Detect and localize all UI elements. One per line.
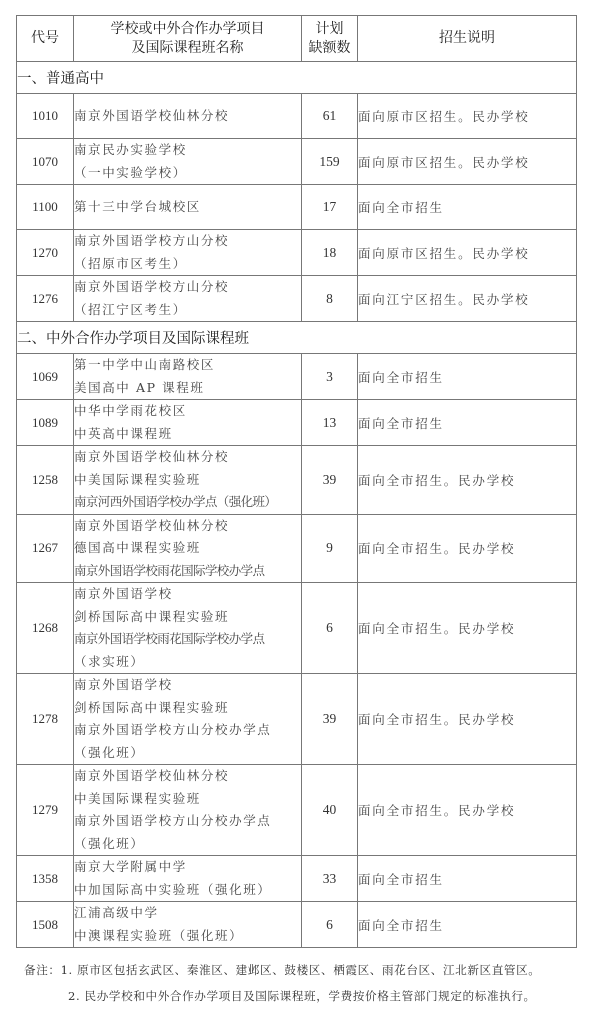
school-code: 1278 [17, 674, 74, 765]
school-name-line: 南京大学附属中学 [74, 856, 301, 879]
vacancy-count: 18 [302, 230, 358, 276]
vacancy-count: 17 [302, 185, 358, 230]
school-name: 南京外国语学校仙林分校 中美国际课程实验班 南京外国语学校方山分校办学点 （强化… [74, 765, 302, 856]
enrollment-note: 面向江宁区招生。民办学校 [358, 276, 577, 322]
table-row: 1070 南京民办实验学校 （一中实验学校） 159 面向原市区招生。民办学校 [17, 139, 577, 185]
enrollment-note: 面向全市招生。民办学校 [358, 674, 577, 765]
enrollment-note: 面向全市招生 [358, 856, 577, 902]
vacancy-count: 13 [302, 400, 358, 446]
school-name-line: 南京外国语学校雨花国际学校办学点 [74, 560, 301, 583]
school-name-line: 第一中学中山南路校区 [74, 354, 301, 377]
vacancy-count: 40 [302, 765, 358, 856]
school-name-line: （招原市区考生） [74, 253, 301, 276]
footnote-1: 备注：1. 原市区包括玄武区、秦淮区、建邺区、鼓楼区、栖霞区、雨花台区、江北新区… [24, 960, 594, 986]
header-school-name-line2: 及国际课程班名称 [74, 39, 301, 58]
enrollment-note: 面向原市区招生。民办学校 [358, 230, 577, 276]
table-row: 1268 南京外国语学校 剑桥国际高中课程实验班 南京外国语学校雨花国际学校办学… [17, 583, 577, 674]
enrollment-note: 面向全市招生 [358, 902, 577, 948]
table-row: 1270 南京外国语学校方山分校 （招原市区考生） 18 面向原市区招生。民办学… [17, 230, 577, 276]
school-code: 1270 [17, 230, 74, 276]
school-name-line: 南京外国语学校仙林分校 [74, 446, 301, 469]
enrollment-note: 面向原市区招生。民办学校 [358, 94, 577, 139]
school-code: 1010 [17, 94, 74, 139]
enrollment-vacancy-table: 代号 学校或中外合作办学项目 及国际课程班名称 计划 缺额数 招生说明 一、普通… [16, 15, 577, 948]
school-name-line: 南京民办实验学校 [74, 139, 301, 162]
school-name-line: （求实班） [74, 651, 301, 674]
school-name: 南京民办实验学校 （一中实验学校） [74, 139, 302, 185]
school-name: 南京外国语学校 剑桥国际高中课程实验班 南京外国语学校雨花国际学校办学点 （求实… [74, 583, 302, 674]
school-code: 1100 [17, 185, 74, 230]
enrollment-note: 面向全市招生 [358, 400, 577, 446]
school-name-line: 南京外国语学校 [74, 583, 301, 606]
vacancy-count: 8 [302, 276, 358, 322]
school-name-line: 南京外国语学校方山分校 [74, 230, 301, 253]
school-code: 1070 [17, 139, 74, 185]
header-quota-line1: 计划 [302, 20, 357, 39]
school-name-line: （强化班） [74, 833, 301, 856]
table-row: 1089 中华中学雨花校区 中英高中课程班 13 面向全市招生 [17, 400, 577, 446]
school-name-line: 剑桥国际高中课程实验班 [74, 697, 301, 720]
school-name: 第十三中学台城校区 [74, 185, 302, 230]
table-row: 1279 南京外国语学校仙林分校 中美国际课程实验班 南京外国语学校方山分校办学… [17, 765, 577, 856]
school-name-line: 南京外国语学校仙林分校 [74, 765, 301, 788]
header-school-name-line1: 学校或中外合作办学项目 [74, 20, 301, 39]
vacancy-count: 39 [302, 674, 358, 765]
school-name: 南京外国语学校方山分校 （招原市区考生） [74, 230, 302, 276]
header-enrollment-notes: 招生说明 [358, 16, 577, 62]
school-name: 南京外国语学校仙林分校 [74, 94, 302, 139]
school-name-line: 中美国际课程实验班 [74, 469, 301, 492]
school-code: 1258 [17, 446, 74, 515]
school-name-line: 南京外国语学校方山分校办学点 [74, 810, 301, 833]
school-name: 南京外国语学校仙林分校 德国高中课程实验班 南京外国语学校雨花国际学校办学点 [74, 514, 302, 583]
enrollment-note: 面向全市招生 [358, 354, 577, 400]
school-code: 1268 [17, 583, 74, 674]
school-name-line: 南京外国语学校方山分校 [74, 276, 301, 299]
school-name-line: 中华中学雨花校区 [74, 400, 301, 423]
school-name-line: 中澳课程实验班（强化班） [74, 925, 301, 948]
school-name-line: 美国高中 AP 课程班 [74, 377, 301, 400]
vacancy-count: 39 [302, 446, 358, 515]
school-name-line: 南京外国语学校雨花国际学校办学点 [74, 628, 301, 651]
school-code: 1508 [17, 902, 74, 948]
school-name-line: 江浦高级中学 [74, 902, 301, 925]
school-name-line: （一中实验学校） [74, 162, 301, 185]
table-row: 1069 第一中学中山南路校区 美国高中 AP 课程班 3 面向全市招生 [17, 354, 577, 400]
school-name: 中华中学雨花校区 中英高中课程班 [74, 400, 302, 446]
table-row: 1358 南京大学附属中学 中加国际高中实验班（强化班） 33 面向全市招生 [17, 856, 577, 902]
school-code: 1276 [17, 276, 74, 322]
enrollment-note: 面向原市区招生。民办学校 [358, 139, 577, 185]
school-code: 1089 [17, 400, 74, 446]
school-name-line: （招江宁区考生） [74, 299, 301, 322]
school-name-line: 南京外国语学校 [74, 674, 301, 697]
school-name: 第一中学中山南路校区 美国高中 AP 课程班 [74, 354, 302, 400]
enrollment-note: 面向全市招生 [358, 185, 577, 230]
header-school-name: 学校或中外合作办学项目 及国际课程班名称 [74, 16, 302, 62]
vacancy-count: 159 [302, 139, 358, 185]
school-code: 1267 [17, 514, 74, 583]
school-name-line: 德国高中课程实验班 [74, 537, 301, 560]
school-code: 1358 [17, 856, 74, 902]
school-name-line: 剑桥国际高中课程实验班 [74, 606, 301, 629]
school-name: 南京大学附属中学 中加国际高中实验班（强化班） [74, 856, 302, 902]
vacancy-count: 61 [302, 94, 358, 139]
header-code: 代号 [17, 16, 74, 62]
school-code: 1069 [17, 354, 74, 400]
school-name-line: 南京外国语学校仙林分校 [74, 105, 301, 128]
school-name-line: 第十三中学台城校区 [74, 196, 301, 219]
school-name: 南京外国语学校方山分校 （招江宁区考生） [74, 276, 302, 322]
table-row: 1258 南京外国语学校仙林分校 中美国际课程实验班 南京河西外国语学校办学点（… [17, 446, 577, 515]
school-name-line: 中英高中课程班 [74, 423, 301, 446]
section-row: 二、中外合作办学项目及国际课程班 [17, 322, 577, 354]
table-row: 1508 江浦高级中学 中澳课程实验班（强化班） 6 面向全市招生 [17, 902, 577, 948]
school-name: 南京外国语学校仙林分校 中美国际课程实验班 南京河西外国语学校办学点（强化班） [74, 446, 302, 515]
school-code: 1279 [17, 765, 74, 856]
table-row: 1276 南京外国语学校方山分校 （招江宁区考生） 8 面向江宁区招生。民办学校 [17, 276, 577, 322]
table-row: 1100 第十三中学台城校区 17 面向全市招生 [17, 185, 577, 230]
vacancy-count: 6 [302, 902, 358, 948]
header-quota: 计划 缺额数 [302, 16, 358, 62]
table-row: 1267 南京外国语学校仙林分校 德国高中课程实验班 南京外国语学校雨花国际学校… [17, 514, 577, 583]
vacancy-count: 33 [302, 856, 358, 902]
school-name: 南京外国语学校 剑桥国际高中课程实验班 南京外国语学校方山分校办学点 （强化班） [74, 674, 302, 765]
header-quota-line2: 缺额数 [302, 39, 357, 58]
section-row: 一、普通高中 [17, 62, 577, 94]
enrollment-note: 面向全市招生。民办学校 [358, 446, 577, 515]
school-name-line: 中美国际课程实验班 [74, 788, 301, 811]
enrollment-note: 面向全市招生。民办学校 [358, 765, 577, 856]
table-header-row: 代号 学校或中外合作办学项目 及国际课程班名称 计划 缺额数 招生说明 [17, 16, 577, 62]
school-name-line: 中加国际高中实验班（强化班） [74, 879, 301, 902]
section-title: 一、普通高中 [17, 62, 577, 94]
school-name-line: （强化班） [74, 742, 301, 765]
school-name-line: 南京外国语学校方山分校办学点 [74, 719, 301, 742]
school-name: 江浦高级中学 中澳课程实验班（强化班） [74, 902, 302, 948]
table-row: 1278 南京外国语学校 剑桥国际高中课程实验班 南京外国语学校方山分校办学点 … [17, 674, 577, 765]
enrollment-note: 面向全市招生。民办学校 [358, 583, 577, 674]
footnote-2: 2. 民办学校和中外合作办学项目及国际课程班，学费按价格主管部门规定的标准执行。 [24, 986, 594, 1006]
school-name-line: 南京河西外国语学校办学点（强化班） [74, 491, 301, 514]
enrollment-note: 面向全市招生。民办学校 [358, 514, 577, 583]
footnotes: 备注：1. 原市区包括玄武区、秦淮区、建邺区、鼓楼区、栖霞区、雨花台区、江北新区… [24, 960, 594, 1006]
school-name-line: 南京外国语学校仙林分校 [74, 515, 301, 538]
table-row: 1010 南京外国语学校仙林分校 61 面向原市区招生。民办学校 [17, 94, 577, 139]
vacancy-count: 9 [302, 514, 358, 583]
vacancy-count: 6 [302, 583, 358, 674]
section-title: 二、中外合作办学项目及国际课程班 [17, 322, 577, 354]
vacancy-count: 3 [302, 354, 358, 400]
